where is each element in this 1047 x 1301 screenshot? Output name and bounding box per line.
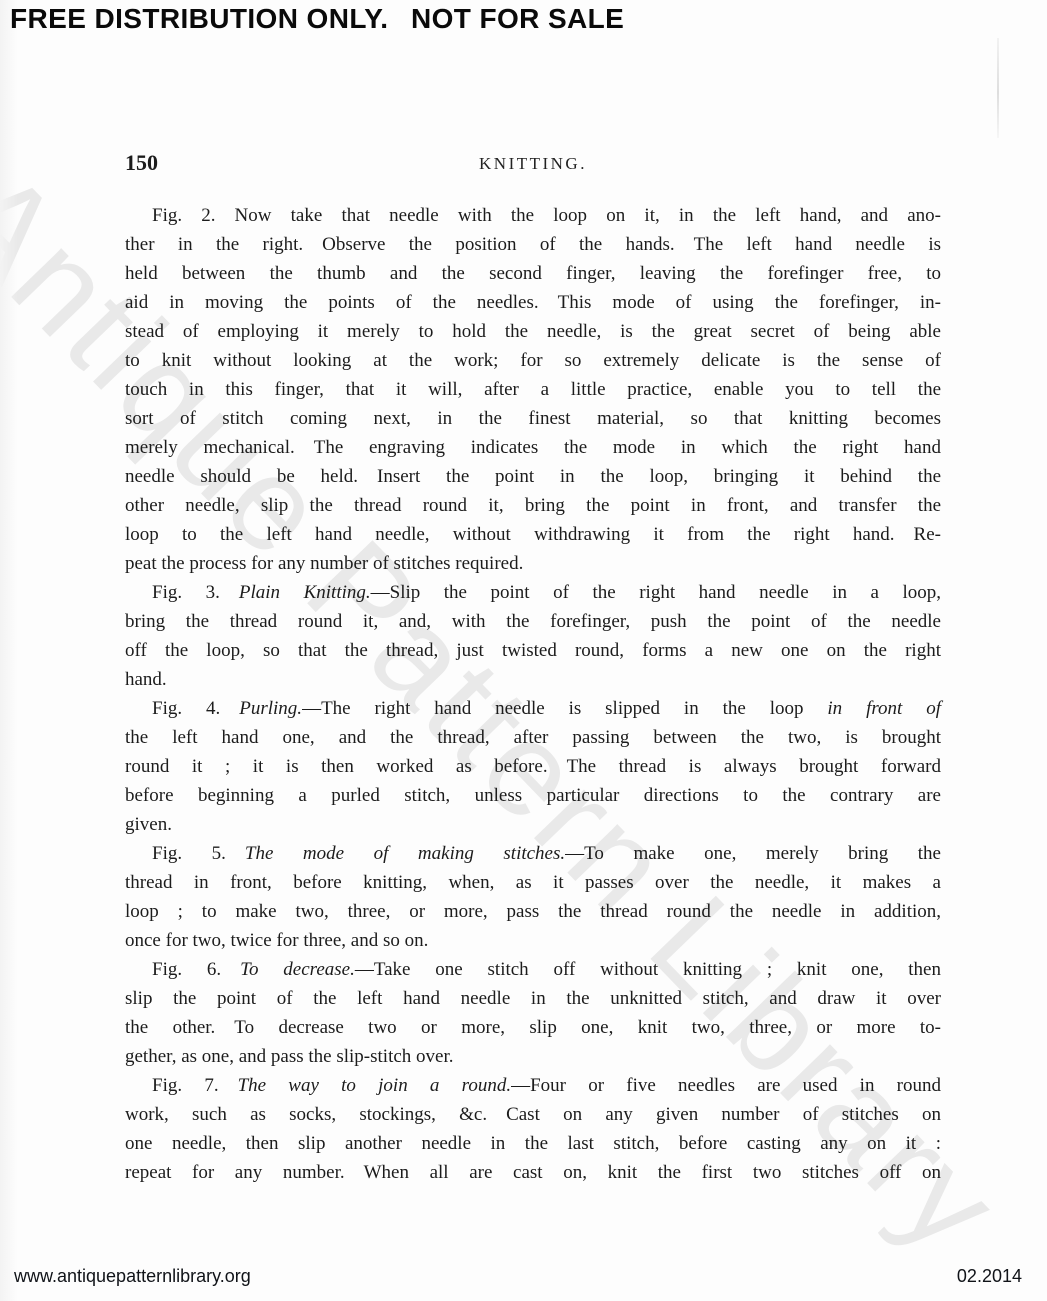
text-line: off the loop, so that the thread, just t… [125,636,941,665]
text-line: the left hand one, and the thread, after… [125,723,941,752]
text-line: held between the thumb and the second fi… [125,259,941,288]
running-title: KNITTING. [125,154,941,174]
text-line: to knit without looking at the work; for… [125,346,941,375]
paragraph: Fig. 3. Plain Knitting.—Slip the point o… [125,578,941,694]
text-line: the other. To decrease two or more, slip… [125,1013,941,1042]
text-line: gether, as one, and pass the slip-stitch… [125,1042,941,1071]
text-line: touch in this finger, that it will, afte… [125,375,941,404]
text-line: before beginning a purled stitch, unless… [125,781,941,810]
text-line: one needle, then slip another needle in … [125,1129,941,1158]
text-line: Fig. 4. Purling.—The right hand needle i… [125,694,941,723]
text-line: Fig. 6. To decrease.—Take one stitch off… [125,955,941,984]
text-line: other needle, slip the thread round it, … [125,491,941,520]
text-line: Fig. 3. Plain Knitting.—Slip the point o… [125,578,941,607]
scan-artifact-line [997,38,999,138]
text-line: round it ; it is then worked as before. … [125,752,941,781]
text-line: repeat for any number. When all are cast… [125,1158,941,1187]
text-line: work, such as socks, stockings, &c. Cast… [125,1100,941,1129]
text-line: bring the thread round it, and, with the… [125,607,941,636]
text-line: peat the process for any number of stitc… [125,549,941,578]
footer-date: 02.2014 [957,1266,1022,1287]
text-line: Fig. 2. Now take that needle with the lo… [125,201,941,230]
text-line: needle should be held. Insert the point … [125,462,941,491]
text-line: merely mechanical. The engraving indicat… [125,433,941,462]
text-line: loop ; to make two, three, or more, pass… [125,897,941,926]
text-line: sort of stitch coming next, in the fines… [125,404,941,433]
text-line: hand. [125,665,941,694]
text-line: Fig. 5. The mode of making stitches.—To … [125,839,941,868]
text-line: aid in moving the points of the needles.… [125,288,941,317]
text-line: slip the point of the left hand needle i… [125,984,941,1013]
text-line: loop to the left hand needle, without wi… [125,520,941,549]
paragraph: Fig. 5. The mode of making stitches.—To … [125,839,941,955]
text-line: Fig. 7. The way to join a round.—Four or… [125,1071,941,1100]
paragraph: Fig. 6. To decrease.—Take one stitch off… [125,955,941,1071]
paragraph: Fig. 7. The way to join a round.—Four or… [125,1071,941,1187]
paragraph: Fig. 2. Now take that needle with the lo… [125,201,941,578]
text-line: given. [125,810,941,839]
text-line: stead of employing it merely to hold the… [125,317,941,346]
text-line: ther in the right. Observe the position … [125,230,941,259]
footer-url: www.antiquepatternlibrary.org [14,1266,251,1287]
page-body: Fig. 2. Now take that needle with the lo… [125,201,941,1187]
scanned-book-page: Antique Pattern Library FREE DISTRIBUTIO… [0,0,1047,1301]
paragraph: Fig. 4. Purling.—The right hand needle i… [125,694,941,839]
page-header: 150 KNITTING. [125,150,941,180]
text-line: thread in front, before knitting, when, … [125,868,941,897]
distribution-banner: FREE DISTRIBUTION ONLY. NOT FOR SALE [10,3,624,35]
text-line: once for two, twice for three, and so on… [125,926,941,955]
